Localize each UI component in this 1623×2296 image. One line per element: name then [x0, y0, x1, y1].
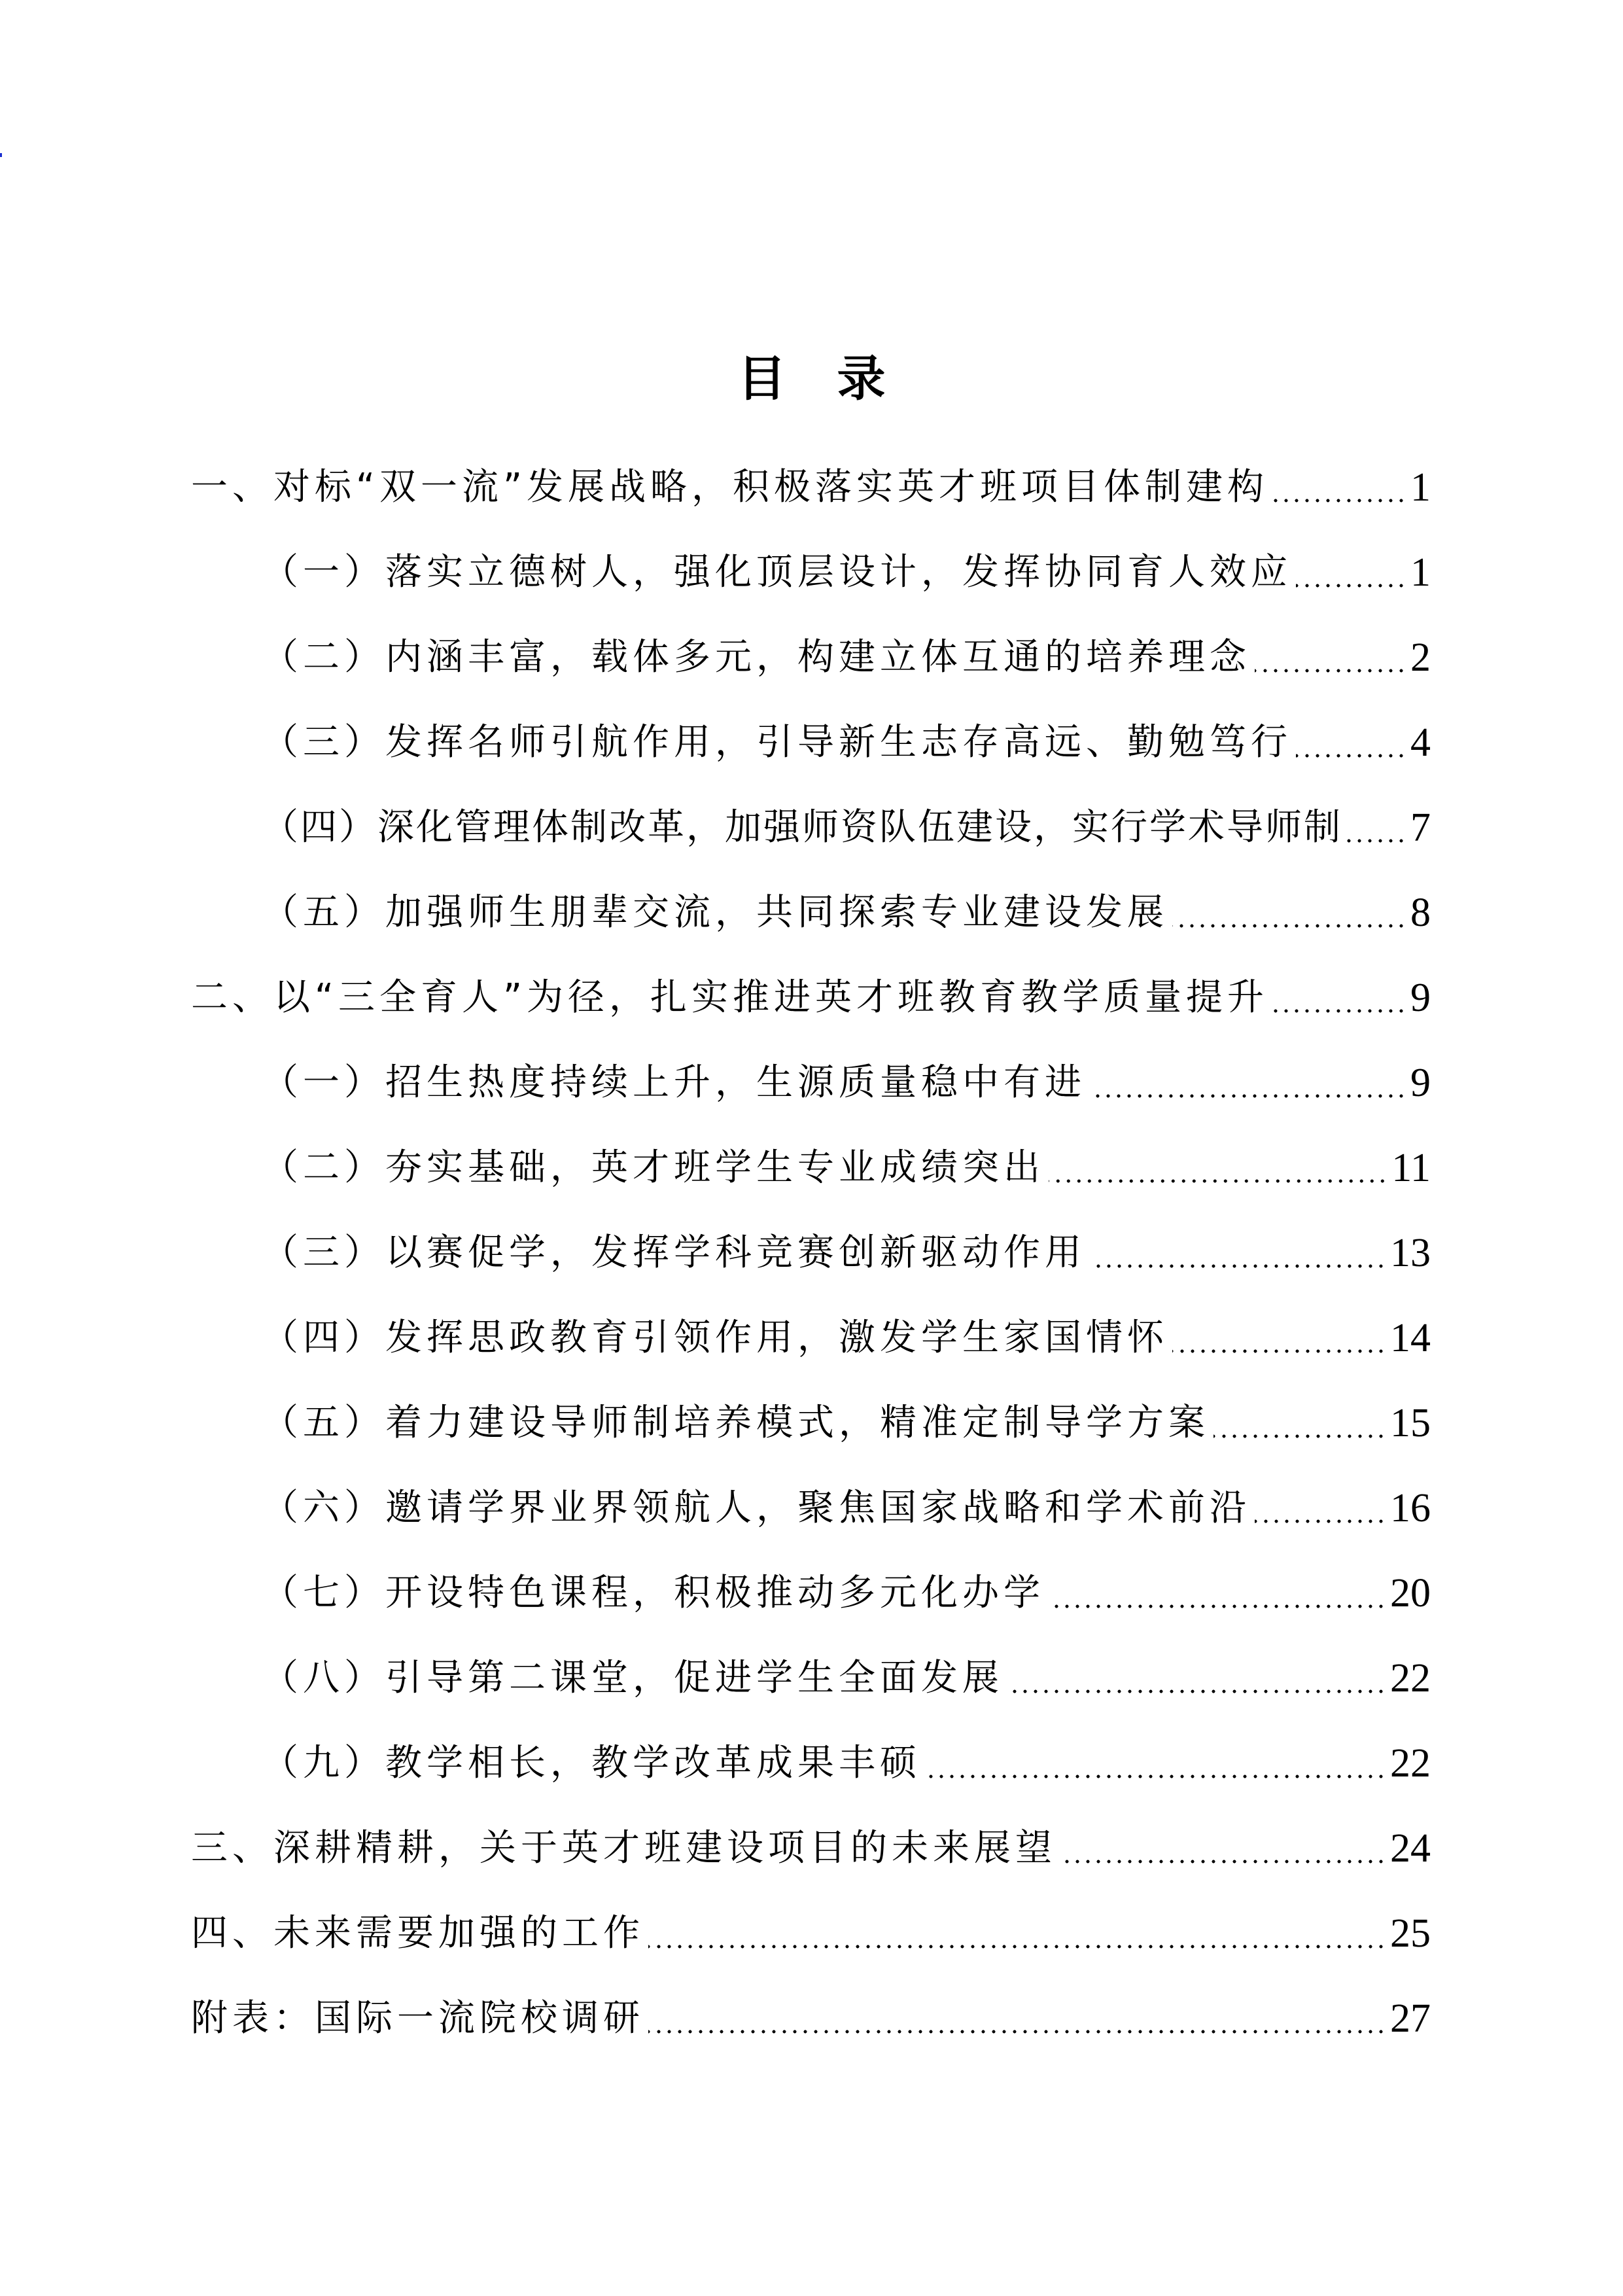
toc-entry[interactable]: （八）引导第二课堂，促进学生全面发展 22: [262, 1649, 1431, 1708]
toc-entry[interactable]: （四）发挥思政教育引领作用，激发学生家国情怀 14: [262, 1309, 1431, 1368]
toc-entry-label: 二、以“三全育人”为径，扎实推进英才班教育教学质量提升: [191, 968, 1268, 1027]
toc-page-number: 4: [1410, 713, 1431, 772]
toc-entry[interactable]: 二、以“三全育人”为径，扎实推进英才班教育教学质量提升 9: [191, 968, 1431, 1027]
toc-page-number: 1: [1410, 458, 1431, 517]
toc-page-number: 9: [1410, 1053, 1431, 1112]
toc-entry[interactable]: （三）发挥名师引航作用，引导新生志存高远、勤勉笃行 4: [262, 713, 1431, 772]
dot-leader: [1007, 1649, 1386, 1708]
dot-leader: [1296, 543, 1406, 602]
toc-page-number: 1: [1410, 543, 1431, 602]
dot-leader: [1090, 1224, 1386, 1282]
toc-page-number: 11: [1391, 1139, 1431, 1197]
dot-leader: [1049, 1564, 1386, 1623]
toc-page-number: 20: [1390, 1564, 1431, 1623]
toc-entry[interactable]: （六）邀请学界业界领航人，聚焦国家战略和学术前沿 16: [262, 1479, 1431, 1538]
toc-entry[interactable]: 三、深耕精耕，关于英才班建设项目的未来展望 24: [191, 1819, 1431, 1878]
toc-entry-label: （一）落实立德树人，强化顶层设计，发挥协同育人效应: [262, 543, 1292, 602]
dot-leader: [1272, 458, 1406, 517]
dot-leader: [1255, 1479, 1386, 1538]
toc-entry[interactable]: （四）深化管理体制改革，加强师资队伍建设，实行学术导师制 7: [262, 798, 1431, 857]
toc-page-number: 8: [1410, 883, 1431, 942]
toc-entry-label: 一、对标“双一流”发展战略，积极落实英才班项目体制建构: [191, 458, 1268, 517]
title-char-2: 录: [837, 340, 886, 410]
toc-entry-label: （二）内涵丰富，载体多元，构建立体互通的培养理念: [262, 628, 1251, 687]
toc-entry-label: （四）深化管理体制改革，加强师资队伍建设，实行学术导师制: [262, 798, 1342, 857]
toc-page-number: 22: [1390, 1734, 1431, 1793]
toc-entry[interactable]: （五）着力建设导师制培养模式，精准定制导学方案 15: [262, 1394, 1431, 1453]
dot-leader: [1272, 968, 1406, 1027]
edge-mark: [0, 153, 2, 157]
dot-leader: [1049, 1139, 1387, 1197]
toc-page-number: 27: [1390, 1989, 1431, 2048]
toc-entry[interactable]: （二）内涵丰富，载体多元，构建立体互通的培养理念 2: [262, 628, 1431, 687]
toc-page-number: 13: [1390, 1224, 1431, 1282]
dot-leader: [1172, 883, 1406, 942]
toc-entry-label: 三、深耕精耕，关于英才班建设项目的未来展望: [191, 1819, 1056, 1878]
toc-page-number: 7: [1410, 798, 1431, 857]
dot-leader: [925, 1734, 1386, 1793]
toc-entry[interactable]: （二）夯实基础，英才班学生专业成绩突出 11: [262, 1139, 1431, 1197]
toc-entry-label: （五）着力建设导师制培养模式，精准定制导学方案: [262, 1394, 1210, 1453]
toc-entry-label: （四）发挥思政教育引领作用，激发学生家国情怀: [262, 1309, 1168, 1368]
toc-entry[interactable]: （五）加强师生朋辈交流，共同探索专业建设发展 8: [262, 883, 1431, 942]
dot-leader: [648, 1904, 1386, 1963]
toc-entry-label: 附表：国际一流院校调研: [191, 1989, 644, 2048]
toc-entry[interactable]: （九）教学相长，教学改革成果丰硕 22: [262, 1734, 1431, 1793]
dot-leader: [1296, 713, 1406, 772]
toc-entry-label: （七）开设特色课程，积极推动多元化办学: [262, 1564, 1045, 1623]
toc-entry-label: （八）引导第二课堂，促进学生全面发展: [262, 1649, 1003, 1708]
dot-leader: [1255, 628, 1406, 687]
toc-entry[interactable]: （七）开设特色课程，积极推动多元化办学 20: [262, 1564, 1431, 1623]
toc-entry[interactable]: （一）落实立德树人，强化顶层设计，发挥协同育人效应 1: [262, 543, 1431, 602]
toc-entry[interactable]: 四、未来需要加强的工作 25: [191, 1904, 1431, 1963]
dot-leader: [648, 1989, 1386, 2048]
toc-entry[interactable]: （一）招生热度持续上升，生源质量稳中有进 9: [262, 1053, 1431, 1112]
toc-entry-label: （三）以赛促学，发挥学科竞赛创新驱动作用: [262, 1224, 1086, 1282]
dot-leader: [1172, 1309, 1386, 1368]
toc-entry-label: （二）夯实基础，英才班学生专业成绩突出: [262, 1139, 1045, 1197]
toc-page-number: 16: [1390, 1479, 1431, 1538]
dot-leader: [1346, 798, 1406, 857]
toc-entry-label: （五）加强师生朋辈交流，共同探索专业建设发展: [262, 883, 1168, 942]
toc-page-number: 25: [1390, 1904, 1431, 1963]
dot-leader: [1060, 1819, 1386, 1878]
toc-entry-label: （九）教学相长，教学改革成果丰硕: [262, 1734, 921, 1793]
toc-page-number: 14: [1390, 1309, 1431, 1368]
toc-entry-label: （一）招生热度持续上升，生源质量稳中有进: [262, 1053, 1086, 1112]
toc-page-number: 22: [1390, 1649, 1431, 1708]
dot-leader: [1213, 1394, 1386, 1453]
toc-entry[interactable]: （三）以赛促学，发挥学科竞赛创新驱动作用 13: [262, 1224, 1431, 1282]
toc-page-number: 9: [1410, 968, 1431, 1027]
page-title: 目录: [0, 340, 1623, 410]
toc-entry[interactable]: 附表：国际一流院校调研 27: [191, 1989, 1431, 2048]
toc-entry[interactable]: 一、对标“双一流”发展战略，积极落实英才班项目体制建构 1: [191, 458, 1431, 517]
title-char-1: 目: [738, 340, 786, 410]
toc-entry-label: （三）发挥名师引航作用，引导新生志存高远、勤勉笃行: [262, 713, 1292, 772]
toc-page-number: 15: [1390, 1394, 1431, 1453]
toc-entry-label: （六）邀请学界业界领航人，聚焦国家战略和学术前沿: [262, 1479, 1251, 1538]
toc-entry-label: 四、未来需要加强的工作: [191, 1904, 644, 1963]
dot-leader: [1090, 1053, 1406, 1112]
toc-page-number: 24: [1390, 1819, 1431, 1878]
toc-page-number: 2: [1410, 628, 1431, 687]
